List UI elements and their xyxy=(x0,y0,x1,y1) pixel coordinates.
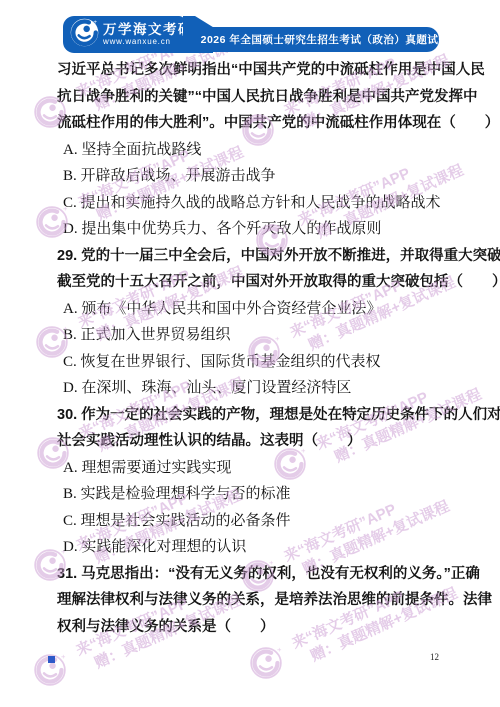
option-line: A. 颁布《中华人民共和国中外合资经营企业法》 xyxy=(57,296,493,323)
question-stem-line: 31. 马克思指出：“没有无义务的权利，也没有无权利的义务。”正确 xyxy=(57,561,493,588)
question-stem-line: 权利与法律义务的关系是（ ） xyxy=(57,614,493,641)
haiwen-swirl-logo-outline-icon: + xyxy=(249,646,283,680)
option-line: B. 正式加入世界贸易组织 xyxy=(57,322,493,349)
question-stem-line: 29. 党的十一届三中全会后，中国对外开放不断推进，并取得重大突破。 xyxy=(57,243,493,270)
option-line: C. 恢复在世界银行、国际货币基金组织的代表权 xyxy=(57,349,493,376)
option-line: D. 实践能深化对理想的认识 xyxy=(57,534,493,561)
exam-paper-page: + 万学海文考研 www.wanxue.cn 2026 年全国硕士研究生招生考试… xyxy=(0,0,500,707)
option-line: D. 在深圳、珠海、汕头、厦门设置经济特区 xyxy=(57,375,493,402)
header-banner: + 万学海文考研 www.wanxue.cn 2026 年全国硕士研究生招生考试… xyxy=(0,0,500,60)
option-line: B. 开辟敌后战场、开展游击战争 xyxy=(57,163,493,190)
svg-text:+: + xyxy=(61,653,66,661)
svg-text:+: + xyxy=(277,646,282,654)
haiwen-swirl-logo-icon: + xyxy=(70,18,99,52)
option-line: C. 提出和实施持久战的战略总方针和人民战争的战略战术 xyxy=(57,190,493,217)
option-line: C. 理想是社会实践活动的必备条件 xyxy=(57,508,493,535)
option-line: D. 提出集中优势兵力、各个歼灭敌人的作战原则 xyxy=(57,216,493,243)
exam-title: 2026 年全国硕士研究生招生考试（政治）真题试题 xyxy=(201,32,450,47)
question-stem-line: 截至党的十五大召开之前，中国对外开放取得的重大突破包括（ ） xyxy=(57,269,493,296)
option-line: A. 理想需要通过实践实现 xyxy=(57,455,493,482)
brand-block: + 万学海文考研 www.wanxue.cn xyxy=(63,16,185,53)
question-stem-line: 抗日战争胜利的关键”“中国人民抗日战争胜利是中国共产党发挥中 xyxy=(57,84,493,111)
brand-url: www.wanxue.cn xyxy=(103,38,193,46)
question-content: 习近平总书记多次鲜明指出“中国共产党的中流砥柱作用是中国人民抗日战争胜利的关键”… xyxy=(57,57,493,640)
footer-marker xyxy=(48,656,55,663)
svg-text:+: + xyxy=(93,18,97,25)
question-stem-line: 社会实践活动理性认识的结晶。这表明（ ） xyxy=(57,428,493,455)
option-line: A. 坚持全面抗战路线 xyxy=(57,137,493,164)
watermark-cluster: +来“海文考研”APP赠：真题精解+复试课程 xyxy=(249,646,283,680)
brand-name: 万学海文考研 xyxy=(103,23,193,37)
question-stem-line: 流砥柱作用的伟大胜利”。中国共产党的中流砥柱作用体现在（ ） xyxy=(57,110,493,137)
page-number: 12 xyxy=(430,652,439,662)
question-stem-line: 习近平总书记多次鲜明指出“中国共产党的中流砥柱作用是中国人民 xyxy=(57,57,493,84)
option-line: B. 实践是检验理想科学与否的标准 xyxy=(57,481,493,508)
question-stem-line: 理解法律权利与法律义务的关系，是培养法治思维的前提条件。法律 xyxy=(57,587,493,614)
banner-title-bar: 2026 年全国硕士研究生招生考试（政治）真题试题 xyxy=(211,27,439,52)
question-stem-line: 30. 作为一定的社会实践的产物，理想是处在特定历史条件下的人们对 xyxy=(57,402,493,429)
